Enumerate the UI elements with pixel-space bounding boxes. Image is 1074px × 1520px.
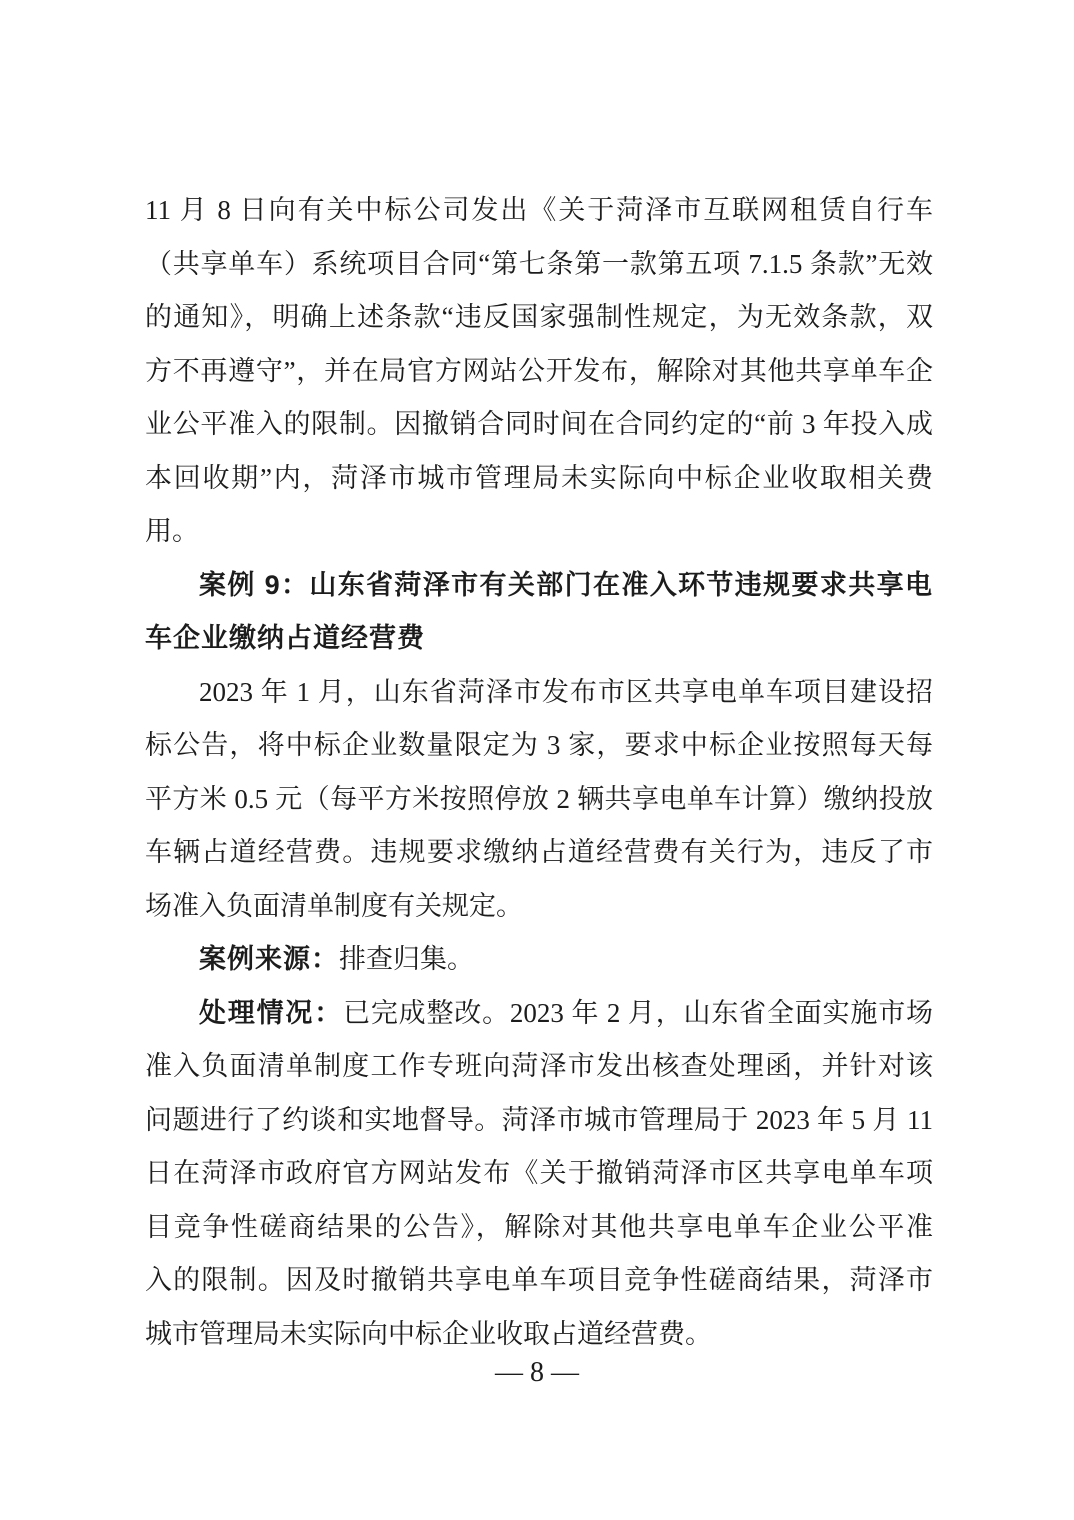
text-run: 用。 [145, 516, 199, 546]
text-run: 问题进行了约谈和实地督导。菏泽市城市管理局于 2023 年 5 月 11 [145, 1105, 933, 1135]
text-run: 2023 年 1 月，山东省菏泽市发布市区共享电单车项目建设招 [199, 677, 933, 707]
text-line: 目竞争性磋商结果的公告》，解除对其他共享电单车企业公平准 [145, 1201, 933, 1255]
text-run: （共享单车）系统项目合同“第七条第一款第五项 7.1.5 条款”无效 [145, 249, 933, 279]
text-line: 案例来源：排查归集。 [145, 933, 933, 987]
text-line: 处理情况：已完成整改。2023 年 2 月，山东省全面实施市场 [145, 987, 933, 1041]
text-line: 业公平准入的限制。因撤销合同时间在合同约定的“前 3 年投入成 [145, 398, 933, 452]
text-run: 业公平准入的限制。因撤销合同时间在合同约定的“前 3 年投入成 [145, 409, 933, 439]
text-line: 平方米 0.5 元（每平方米按照停放 2 辆共享电单车计算）缴纳投放 [145, 773, 933, 827]
text-run: 已完成整改。2023 年 2 月，山东省全面实施市场 [343, 998, 933, 1028]
text-line: 11 月 8 日向有关中标公司发出《关于菏泽市互联网租赁自行车 [145, 184, 933, 238]
text-line: 车辆占道经营费。违规要求缴纳占道经营费有关行为，违反了市 [145, 826, 933, 880]
text-run: 目竞争性磋商结果的公告》，解除对其他共享电单车企业公平准 [145, 1212, 933, 1242]
document-body: 11 月 8 日向有关中标公司发出《关于菏泽市互联网租赁自行车（共享单车）系统项… [145, 184, 933, 1361]
text-run: 准入负面清单制度工作专班向菏泽市发出核查处理函，并针对该 [145, 1051, 933, 1081]
text-line: 用。 [145, 505, 933, 559]
page-number: — 8 — [0, 1356, 1074, 1390]
text-line: 的通知》，明确上述条款“违反国家强制性规定，为无效条款，双 [145, 291, 933, 345]
bold-text-run: 处理情况： [199, 998, 343, 1028]
text-line: 车企业缴纳占道经营费 [145, 612, 933, 666]
text-line: 本回收期”内，菏泽市城市管理局未实际向中标企业收取相关费 [145, 452, 933, 506]
text-line: 方不再遵守”，并在局官方网站公开发布，解除对其他共享单车企 [145, 345, 933, 399]
bold-text-run: 案例 9：山东省菏泽市有关部门在准入环节违规要求共享电单 [145, 570, 933, 613]
text-line: 准入负面清单制度工作专班向菏泽市发出核查处理函，并针对该 [145, 1040, 933, 1094]
bold-text-run: 案例来源： [199, 944, 339, 974]
text-run: 方不再遵守”，并在局官方网站公开发布，解除对其他共享单车企 [145, 356, 933, 386]
bold-text-run: 车企业缴纳占道经营费 [145, 623, 425, 653]
text-run: 本回收期”内，菏泽市城市管理局未实际向中标企业收取相关费 [145, 463, 933, 493]
text-run: 城市管理局未实际向中标企业收取占道经营费。 [145, 1319, 712, 1349]
text-line: 城市管理局未实际向中标企业收取占道经营费。 [145, 1308, 933, 1362]
text-run: 入的限制。因及时撤销共享电单车项目竞争性磋商结果，菏泽市 [145, 1265, 933, 1295]
text-run: 场准入负面清单制度有关规定。 [145, 891, 523, 921]
text-run: 平方米 0.5 元（每平方米按照停放 2 辆共享电单车计算）缴纳投放 [145, 784, 933, 814]
text-line: 2023 年 1 月，山东省菏泽市发布市区共享电单车项目建设招 [145, 666, 933, 720]
document-page: 11 月 8 日向有关中标公司发出《关于菏泽市互联网租赁自行车（共享单车）系统项… [0, 0, 1074, 1520]
text-run: 的通知》，明确上述条款“违反国家强制性规定，为无效条款，双 [145, 302, 933, 332]
text-run: 标公告，将中标企业数量限定为 3 家，要求中标企业按照每天每 [145, 730, 933, 760]
text-line: 问题进行了约谈和实地督导。菏泽市城市管理局于 2023 年 5 月 11 [145, 1094, 933, 1148]
text-line: 场准入负面清单制度有关规定。 [145, 880, 933, 934]
text-run: 11 月 8 日向有关中标公司发出《关于菏泽市互联网租赁自行车 [145, 195, 933, 225]
text-run: 车辆占道经营费。违规要求缴纳占道经营费有关行为，违反了市 [145, 837, 933, 867]
text-line: 案例 9：山东省菏泽市有关部门在准入环节违规要求共享电单 [145, 559, 933, 613]
text-line: （共享单车）系统项目合同“第七条第一款第五项 7.1.5 条款”无效 [145, 238, 933, 292]
text-line: 入的限制。因及时撤销共享电单车项目竞争性磋商结果，菏泽市 [145, 1254, 933, 1308]
text-line: 标公告，将中标企业数量限定为 3 家，要求中标企业按照每天每 [145, 719, 933, 773]
text-run: 排查归集。 [339, 944, 474, 974]
text-line: 日在菏泽市政府官方网站发布《关于撤销菏泽市区共享电单车项 [145, 1147, 933, 1201]
text-run: 日在菏泽市政府官方网站发布《关于撤销菏泽市区共享电单车项 [145, 1158, 933, 1188]
